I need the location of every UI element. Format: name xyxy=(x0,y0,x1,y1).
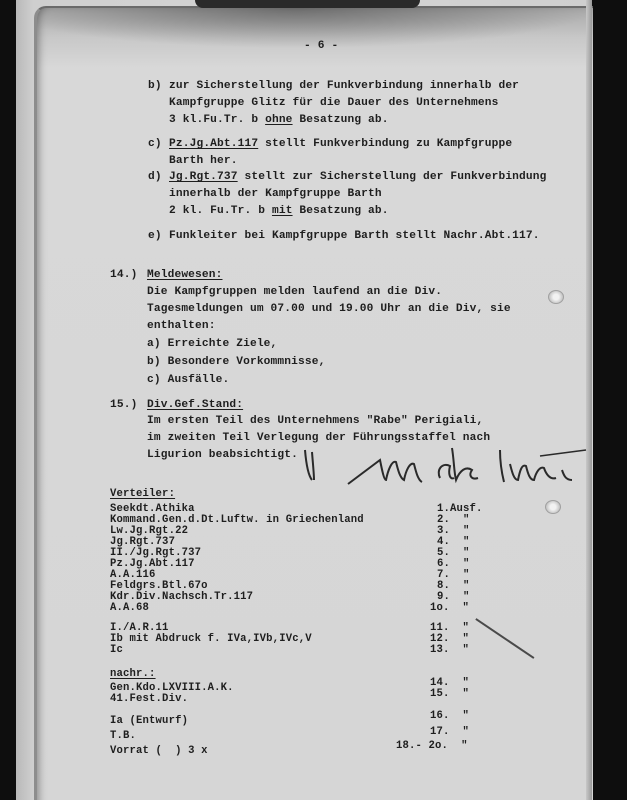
other-recipient: T.B. xyxy=(110,731,136,742)
item-b-line-3-prefix: 3 kl.Fu.Tr. b xyxy=(169,114,265,126)
section-14-line-1: Die Kampfgruppen melden laufend an die D… xyxy=(147,285,442,299)
punch-hole-bottom xyxy=(545,500,561,514)
item-d-underlined-2: mit xyxy=(272,205,293,217)
page-number: - 6 - xyxy=(304,39,338,53)
item-c-underlined: Pz.Jg.Abt.117 xyxy=(169,138,258,150)
item-d-line-1-suffix: stellt zur Sicherstellung der Funkverbin… xyxy=(238,171,547,183)
section-14-line-3: enthalten: xyxy=(147,319,216,333)
item-b-line-3: 3 kl.Fu.Tr. b ohne Besatzung ab. xyxy=(169,113,389,127)
other-copy: 16. " xyxy=(430,711,469,722)
item-b-line-3-suffix: Besatzung ab. xyxy=(293,114,389,126)
distribution-heading: Verteiler: xyxy=(110,489,175,500)
nachr-copy: 15. " xyxy=(430,689,469,700)
item-e-line-1: Funkleiter bei Kampfgruppe Barth stellt … xyxy=(169,229,540,243)
item-d-line-2: innerhalb der Kampfgruppe Barth xyxy=(169,187,382,201)
handwritten-signature xyxy=(300,440,590,500)
item-c-line-1: Pz.Jg.Abt.117 stellt Funkverbindung zu K… xyxy=(169,137,512,151)
distribution-recipient: Ib mit Abdruck f. IVa,IVb,IVc,V xyxy=(110,634,312,645)
item-d-line-3: 2 kl. Fu.Tr. b mit Besatzung ab. xyxy=(169,204,389,218)
other-copy: 18.- 2o. " xyxy=(396,741,468,752)
section-14-line-2: Tagesmeldungen um 07.00 und 19.00 Uhr an… xyxy=(147,302,511,316)
item-e-marker: e) xyxy=(148,229,162,243)
section-15-line-1: Im ersten Teil des Unternehmens "Rabe" P… xyxy=(147,414,483,428)
item-b-underlined: ohne xyxy=(265,114,292,126)
other-recipient: Ia (Entwurf) xyxy=(110,716,188,727)
page-right-edge xyxy=(586,0,592,800)
section-15-number: 15.) xyxy=(110,398,137,412)
section-14-heading: Meldewesen: xyxy=(147,268,223,282)
distribution-copy: 13. " xyxy=(430,645,469,656)
section-14-line-4: a) Erreichte Ziele, xyxy=(147,337,277,351)
item-b-line-1: zur Sicherstellung der Funkverbindung in… xyxy=(169,79,519,93)
item-d-underlined: Jg.Rgt.737 xyxy=(169,171,238,183)
binder-clip xyxy=(195,0,420,8)
distribution-recipient: A.A.68 xyxy=(110,603,149,614)
section-15-line-3: Ligurion beabsichtigt. xyxy=(147,448,298,462)
section-14-line-6: c) Ausfälle. xyxy=(147,373,229,387)
item-d-line-1: Jg.Rgt.737 stellt zur Sicherstellung der… xyxy=(169,170,547,184)
item-d-marker: d) xyxy=(148,170,162,184)
other-copy: 17. " xyxy=(430,727,469,738)
item-b-line-2: Kampfgruppe Glitz für die Dauer des Unte… xyxy=(169,96,498,110)
section-15-heading: Div.Gef.Stand: xyxy=(147,398,243,412)
punch-hole-top xyxy=(548,290,564,304)
nachr-recipient: 41.Fest.Div. xyxy=(110,694,188,705)
distribution-recipient: Ic xyxy=(110,645,123,656)
item-c-line-2: Barth her. xyxy=(169,154,238,168)
item-d-line-3-prefix: 2 kl. Fu.Tr. b xyxy=(169,205,272,217)
item-b-marker: b) xyxy=(148,79,162,93)
item-c-marker: c) xyxy=(148,137,162,151)
other-recipient: Vorrat ( ) 3 x xyxy=(110,746,208,757)
section-14-line-5: b) Besondere Vorkommnisse, xyxy=(147,355,325,369)
distribution-copy: 1o. " xyxy=(430,603,469,614)
nachr-heading: nachr.: xyxy=(110,669,156,680)
item-d-line-3-suffix: Besatzung ab. xyxy=(293,205,389,217)
section-14-number: 14.) xyxy=(110,268,137,282)
item-c-line-1-suffix: stellt Funkverbindung zu Kampfgruppe xyxy=(258,138,512,150)
